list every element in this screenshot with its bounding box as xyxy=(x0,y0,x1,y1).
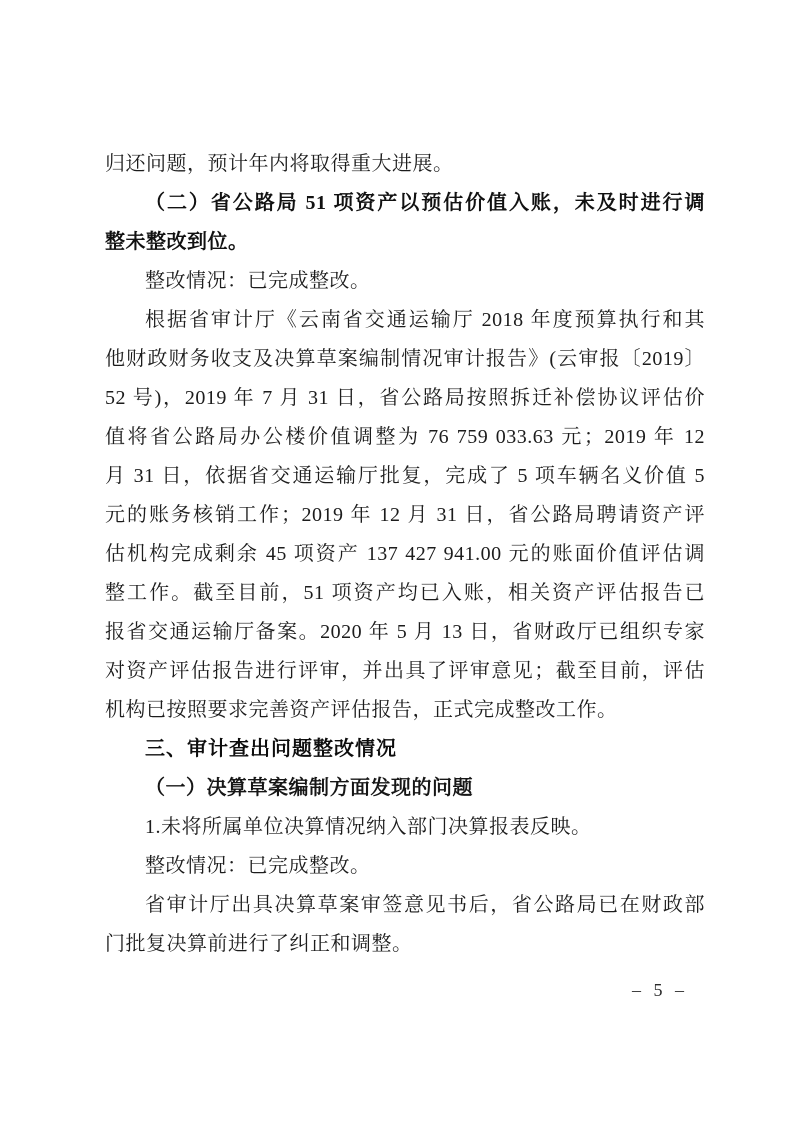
text-line: 根据省审计厅《云南省交通运输厅 2018 年度预算执行和其 xyxy=(105,301,705,340)
text-line: 报省交通运输厅备案。2020 年 5 月 13 日，省财政厅已组织专家 xyxy=(105,613,705,652)
text-line: 元的账务核销工作；2019 年 12 月 31 日，省公路局聘请资产评 xyxy=(105,496,705,535)
text-line: 他财政财务收支及决算草案编制情况审计报告》(云审报〔2019〕 xyxy=(105,340,705,379)
text-line: 对资产评估报告进行评审，并出具了评审意见；截至目前，评估 xyxy=(105,652,705,691)
text-line: 整工作。截至目前，51 项资产均已入账，相关资产评估报告已 xyxy=(105,574,705,613)
text-line: （二）省公路局 51 项资产以预估价值入账，未及时进行调 xyxy=(105,184,705,223)
text-line: 整改情况：已完成整改。 xyxy=(105,262,705,301)
text-line: 值将省公路局办公楼价值调整为 76 759 033.63 元；2019 年 12 xyxy=(105,418,705,457)
document-page: { "document": { "page_number": "– 5 –", … xyxy=(0,0,800,1131)
text-line: （一）决算草案编制方面发现的问题 xyxy=(105,769,705,808)
text-line: 52 号)，2019 年 7 月 31 日，省公路局按照拆迁补偿协议评估价 xyxy=(105,379,705,418)
text-line: 门批复决算前进行了纠正和调整。 xyxy=(105,925,705,964)
page-sheet: 归还问题，预计年内将取得重大进展。（二）省公路局 51 项资产以预估价值入账，未… xyxy=(0,0,800,1131)
text-line: 整未整改到位。 xyxy=(105,223,705,262)
text-line: 1.未将所属单位决算情况纳入部门决算报表反映。 xyxy=(105,808,705,847)
page-number: – 5 – xyxy=(632,976,688,1004)
text-line: 估机构完成剩余 45 项资产 137 427 941.00 元的账面价值评估调 xyxy=(105,535,705,574)
document-body: 归还问题，预计年内将取得重大进展。（二）省公路局 51 项资产以预估价值入账，未… xyxy=(105,145,705,964)
text-line: 整改情况：已完成整改。 xyxy=(105,847,705,886)
text-line: 归还问题，预计年内将取得重大进展。 xyxy=(105,145,705,184)
text-line: 机构已按照要求完善资产评估报告，正式完成整改工作。 xyxy=(105,691,705,730)
text-line: 三、审计查出问题整改情况 xyxy=(105,730,705,769)
text-line: 省审计厅出具决算草案审签意见书后，省公路局已在财政部 xyxy=(105,886,705,925)
text-line: 月 31 日，依据省交通运输厅批复，完成了 5 项车辆名义价值 5 xyxy=(105,457,705,496)
